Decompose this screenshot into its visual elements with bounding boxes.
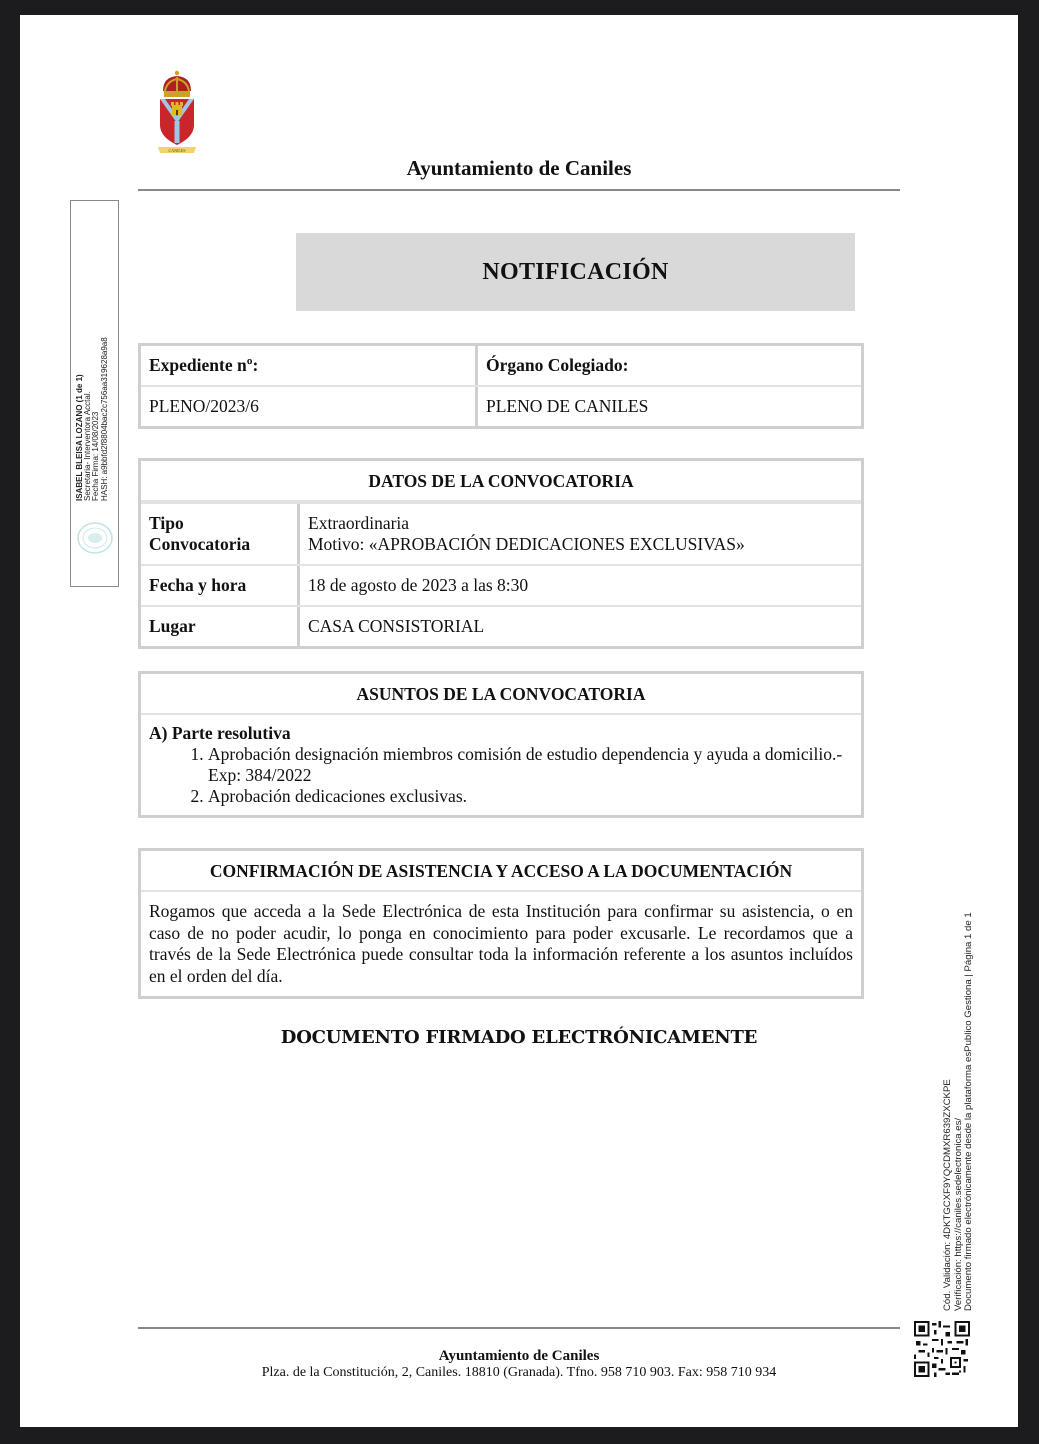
asuntos-heading: ASUNTOS DE LA CONVOCATORIA — [141, 674, 861, 715]
list-item: Aprobación dedicaciones exclusivas. — [208, 786, 853, 807]
table-row: Lugar CASA CONSISTORIAL — [141, 605, 861, 646]
signature-hash: HASH: a9bbfd2f8804bac2c756aa319628a9a8 — [101, 337, 109, 501]
signed-notice: DOCUMENTO FIRMADO ELECTRÓNICAMENTE — [138, 1027, 900, 1048]
fecha-value: 18 de agosto de 2023 a las 8:30 — [297, 566, 861, 605]
organo-label: Órgano Colegiado: — [475, 346, 861, 385]
platform-notice: Documento firmado electrónicamente desde… — [964, 912, 975, 1311]
list-item: Aprobación designación miembros comisión… — [208, 744, 853, 786]
lugar-label: Lugar — [141, 607, 297, 646]
footer-divider — [138, 1327, 900, 1329]
tipo-value: Extraordinaria Motivo: «APROBACIÓN DEDIC… — [297, 504, 861, 564]
table-row: Expediente nº: Órgano Colegiado: — [141, 346, 861, 385]
svg-text:CANILES: CANILES — [169, 148, 186, 153]
tipo-label: Tipo Convocatoria — [141, 504, 297, 564]
validation-strip: Cód. Validación: 4DKTGCXF9YQCDMXR639ZXCK… — [943, 912, 975, 1311]
asuntos-list: Aprobación designación miembros comisión… — [149, 744, 853, 807]
tipo-label-line2: Convocatoria — [149, 534, 289, 555]
tipo-value-line1: Extraordinaria — [308, 513, 853, 534]
validation-code: Cód. Validación: 4DKTGCXF9YQCDMXR639ZXCK… — [943, 912, 954, 1311]
table-row: PLENO/2023/6 PLENO DE CANILES — [141, 385, 861, 426]
document-title: NOTIFICACIÓN — [482, 259, 668, 286]
official-seal-icon — [76, 519, 114, 557]
tipo-label-line1: Tipo — [149, 513, 289, 534]
table-row: Tipo Convocatoria Extraordinaria Motivo:… — [141, 502, 861, 564]
signature-stamp: ISABEL BLEISA LOZANO (1 de 1) Secretaria… — [70, 200, 119, 587]
motivo-value: Motivo: «APROBACIÓN DEDICACIONES EXCLUSI… — [308, 534, 853, 555]
caniles-coat-of-arms-icon: CANILES — [155, 67, 199, 163]
datos-convocatoria-table: DATOS DE LA CONVOCATORIA Tipo Convocator… — [138, 458, 864, 649]
confirmacion-heading: CONFIRMACIÓN DE ASISTENCIA Y ACCESO A LA… — [141, 851, 861, 892]
datos-heading: DATOS DE LA CONVOCATORIA — [141, 461, 861, 502]
confirmacion-box: CONFIRMACIÓN DE ASISTENCIA Y ACCESO A LA… — [138, 848, 864, 999]
expediente-label: Expediente nº: — [141, 346, 475, 385]
expediente-table: Expediente nº: Órgano Colegiado: PLENO/2… — [138, 343, 864, 429]
qr-code-icon[interactable] — [914, 1321, 970, 1377]
confirmacion-body: Rogamos que acceda a la Sede Electrónica… — [141, 892, 861, 996]
asuntos-section-title: A) Parte resolutiva — [149, 723, 853, 744]
lugar-value: CASA CONSISTORIAL — [297, 607, 861, 646]
signature-text: ISABEL BLEISA LOZANO (1 de 1) Secretaria… — [76, 337, 109, 501]
table-row: Fecha y hora 18 de agosto de 2023 a las … — [141, 564, 861, 605]
footer-name: Ayuntamiento de Caniles — [138, 1348, 900, 1365]
asuntos-convocatoria-box: ASUNTOS DE LA CONVOCATORIA A) Parte reso… — [138, 671, 864, 818]
fecha-label: Fecha y hora — [141, 566, 297, 605]
page-header-title: Ayuntamiento de Caniles — [138, 156, 900, 181]
expediente-value: PLENO/2023/6 — [141, 387, 475, 426]
document-title-banner: NOTIFICACIÓN — [296, 233, 855, 311]
footer-address: Plza. de la Constitución, 2, Caniles. 18… — [138, 1365, 900, 1381]
asuntos-body: A) Parte resolutiva Aprobación designaci… — [141, 715, 861, 815]
document-page: CANILES Ayuntamiento de Caniles NOTIFICA… — [20, 15, 1018, 1427]
header-divider — [138, 189, 900, 191]
organo-value: PLENO DE CANILES — [475, 387, 861, 426]
